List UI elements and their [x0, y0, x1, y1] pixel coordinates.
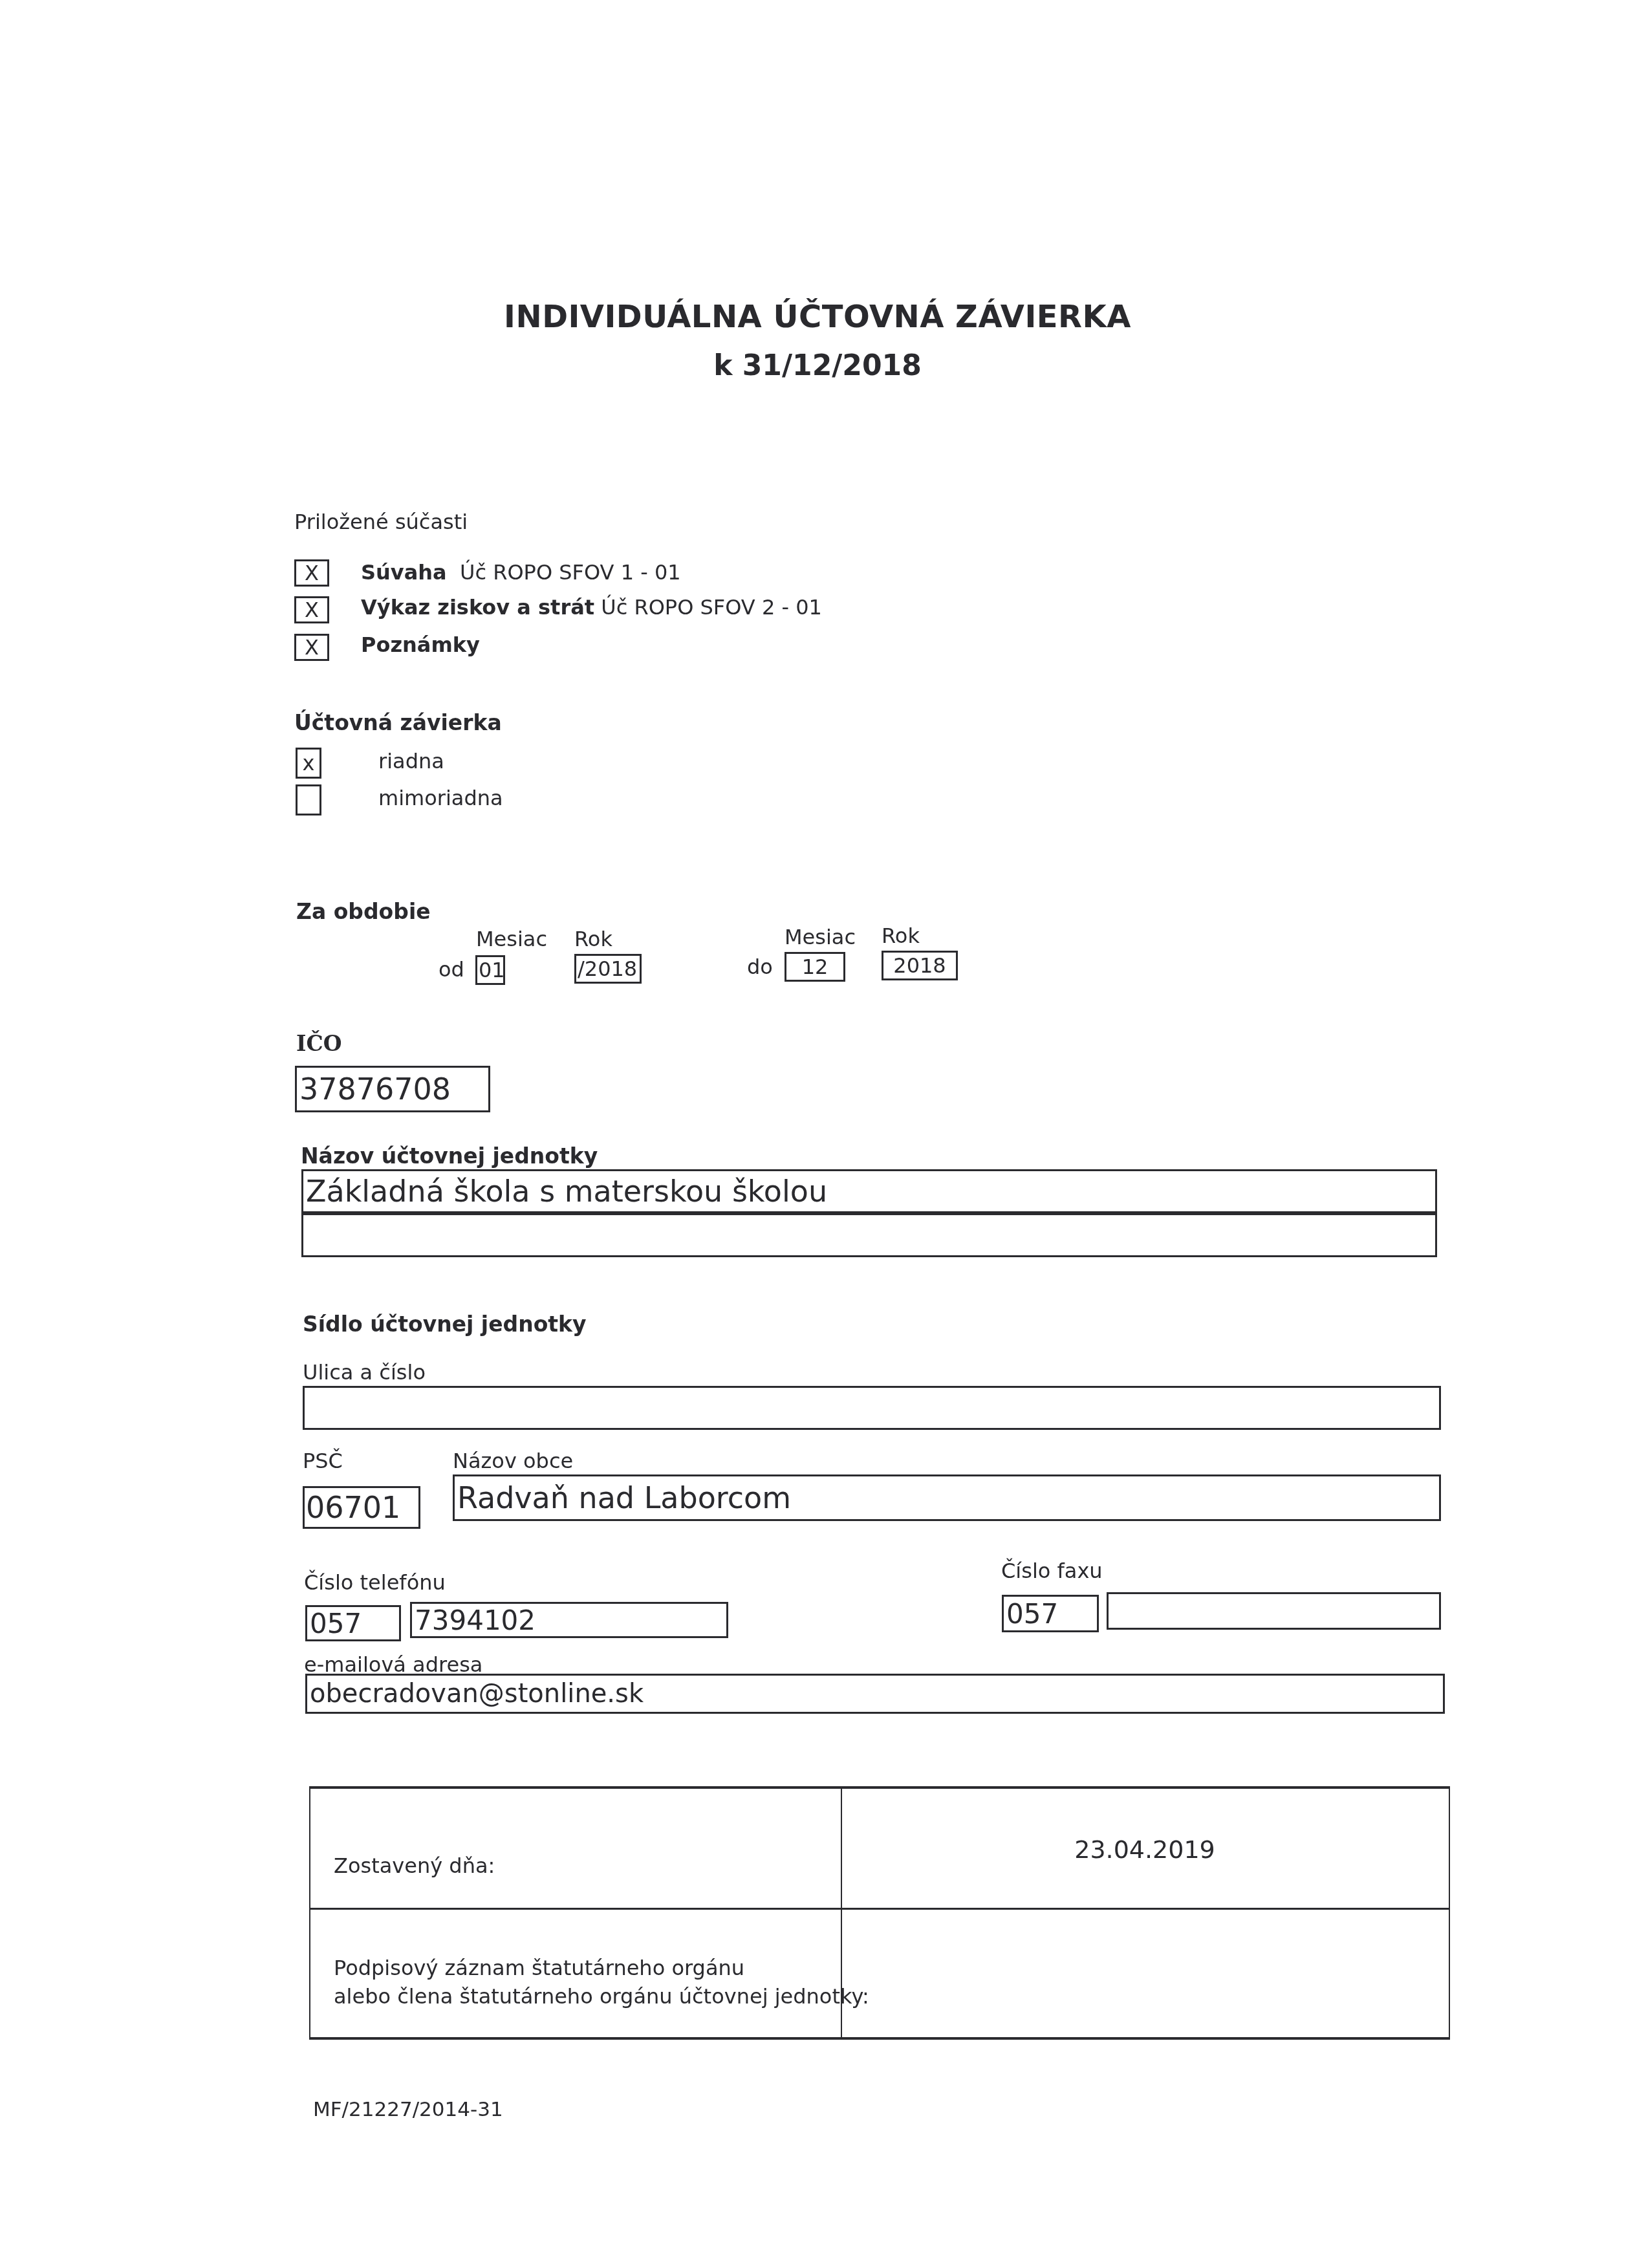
checkbox-suvaha[interactable]: X [294, 559, 329, 587]
option-mimoriadna-label: mimoriadna [378, 786, 503, 810]
checkbox-mimoriadna[interactable] [296, 784, 321, 815]
to-year-label: Rok [882, 923, 920, 948]
to-year-field[interactable]: 2018 [882, 951, 958, 980]
closing-type-label: Účtovná závierka [294, 710, 502, 735]
street-field[interactable] [303, 1386, 1441, 1430]
entity-name-line2-field[interactable] [301, 1213, 1437, 1257]
fax-prefix-field[interactable]: 057 [1002, 1595, 1099, 1632]
attached-item-vykaz: Výkaz ziskov a strát Úč ROPO SFOV 2 - 01 [361, 595, 822, 620]
checkbox-vykaz[interactable]: X [294, 596, 329, 623]
from-year-field[interactable]: /2018 [574, 954, 642, 984]
signature-label-line1: Podpisový záznam štatutárneho orgánu [334, 1956, 744, 1980]
check-mark: X [305, 598, 319, 622]
phone-prefix-field[interactable]: 057 [305, 1605, 401, 1641]
attached-item-code: Úč ROPO SFOV 1 - 01 [460, 560, 681, 585]
attached-item-poznamky: Poznámky [361, 632, 480, 657]
signature-field[interactable] [841, 1918, 1449, 2037]
document-date: k 31/12/2018 [0, 349, 1635, 382]
check-mark: x [303, 751, 315, 775]
period-label: Za obdobie [296, 899, 431, 924]
signature-table: Zostavený dňa: 23.04.2019 Podpisový zázn… [309, 1786, 1450, 2040]
city-label: Názov obce [453, 1449, 573, 1473]
ico-label: IČO [296, 1031, 341, 1056]
to-month-label: Mesiac [785, 925, 856, 949]
checkbox-riadna[interactable]: x [296, 748, 321, 779]
entity-name-label: Názov účtovnej jednotky [301, 1143, 598, 1169]
to-month-field[interactable]: 12 [785, 952, 845, 982]
check-mark: X [305, 561, 319, 585]
option-riadna-label: riadna [378, 749, 444, 773]
attached-parts-label: Priložené súčasti [294, 510, 468, 534]
phone-label: Číslo telefónu [304, 1570, 446, 1595]
attached-item-name: Súvaha [361, 560, 447, 585]
attached-item-name: Poznámky [361, 632, 480, 657]
ico-field[interactable]: 37876708 [295, 1066, 490, 1112]
attached-item-name: Výkaz ziskov a strát [361, 595, 594, 620]
table-divider-horizontal [310, 1908, 1449, 1910]
from-year-label: Rok [574, 927, 612, 951]
from-month-label: Mesiac [476, 927, 547, 951]
zip-label: PSČ [303, 1449, 343, 1473]
address-label: Sídlo účtovnej jednotky [303, 1312, 587, 1337]
phone-number-field[interactable]: 7394102 [410, 1602, 728, 1638]
from-month-field[interactable]: 01 [475, 955, 505, 985]
attached-item-code: Úč ROPO SFOV 2 - 01 [601, 595, 822, 620]
checkbox-poznamky[interactable]: X [294, 634, 329, 661]
from-label: od [439, 957, 464, 982]
form-code: MF/21227/2014-31 [313, 2098, 503, 2121]
compiled-date-label: Zostavený dňa: [334, 1853, 495, 1878]
attached-item-suvaha: Súvaha Úč ROPO SFOV 1 - 01 [361, 560, 681, 585]
document-title: INDIVIDUÁLNA ÚČTOVNÁ ZÁVIERKA [0, 299, 1635, 335]
email-field[interactable]: obecradovan@stonline.sk [305, 1674, 1445, 1714]
zip-field[interactable]: 06701 [303, 1486, 420, 1529]
fax-label: Číslo faxu [1001, 1559, 1103, 1583]
fax-number-field[interactable] [1107, 1592, 1441, 1630]
entity-name-line1-field[interactable]: Základná škola s materskou školou [301, 1169, 1437, 1213]
compiled-date-value[interactable]: 23.04.2019 [841, 1835, 1449, 1864]
city-field[interactable]: Radvaň nad Laborcom [453, 1474, 1441, 1521]
street-label: Ulica a číslo [303, 1360, 426, 1385]
signature-label-line2: alebo člena štatutárneho orgánu účtovnej… [334, 1984, 869, 2009]
check-mark: X [305, 635, 319, 660]
to-label: do [747, 955, 773, 979]
